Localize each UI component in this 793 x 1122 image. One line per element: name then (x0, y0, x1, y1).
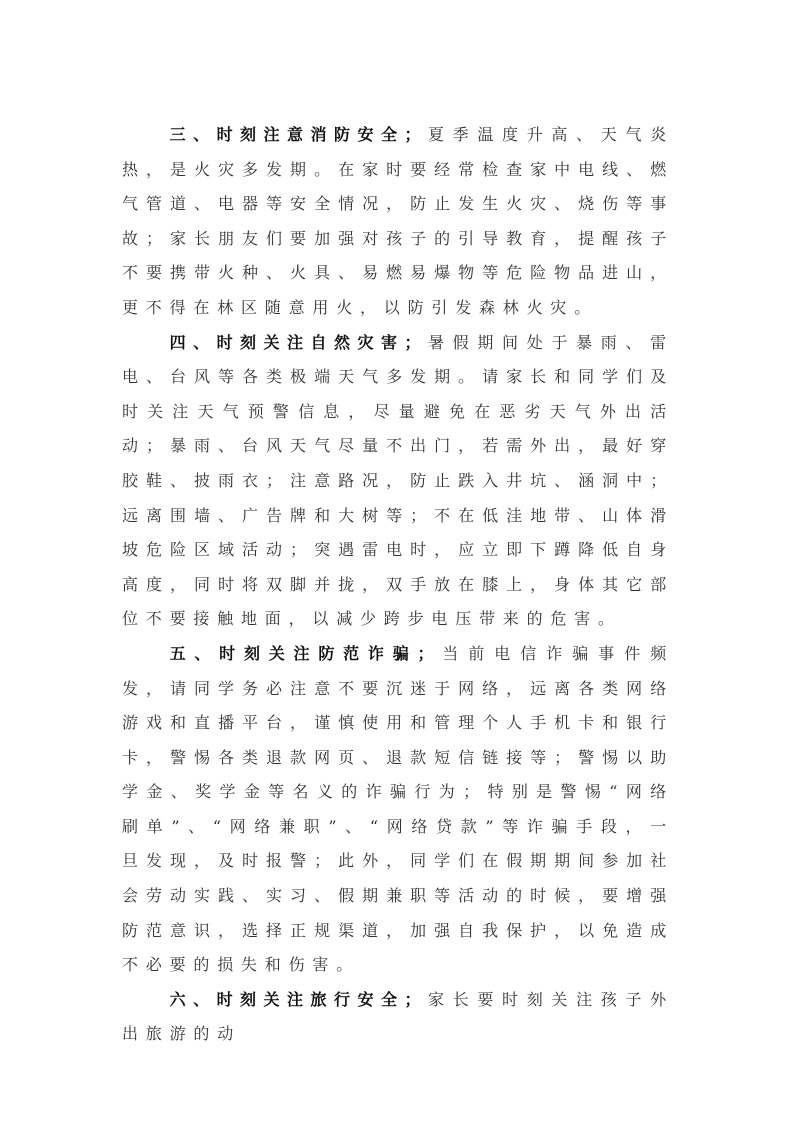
section-body: 当前电信诈骗事件频发，请同学务必注意不要沉迷于网络，远离各类网络游戏和直播平台，… (122, 644, 674, 974)
section-fraud-prevention: 五、时刻关注防范诈骗；当前电信诈骗事件频发，请同学务必注意不要沉迷于网络，远离各… (122, 637, 674, 983)
section-body: 夏季温度升高、天气炎热，是火灾多发期。在家时要经常检查家中电线、燃气管道、电器等… (122, 125, 674, 317)
section-heading: 六、时刻关注旅行安全； (170, 990, 428, 1009)
section-heading: 五、时刻关注防范诈骗； (170, 644, 441, 663)
section-travel-safety: 六、时刻关注旅行安全；家长要时刻关注孩子外出旅游的动 (122, 983, 674, 1052)
section-natural-disasters: 四、时刻关注自然灾害；暑假期间处于暴雨、雷电、台风等各类极端天气多发期。请家长和… (122, 326, 674, 637)
section-fire-safety: 三、时刻注意消防安全；夏季温度升高、天气炎热，是火灾多发期。在家时要经常检查家中… (122, 118, 674, 326)
document-page: 三、时刻注意消防安全；夏季温度升高、天气炎热，是火灾多发期。在家时要经常检查家中… (122, 118, 674, 1052)
section-body: 暑假期间处于暴雨、雷电、台风等各类极端天气多发期。请家长和同学们及时关注天气预警… (122, 333, 674, 629)
section-heading: 四、时刻关注自然灾害； (170, 333, 428, 352)
section-heading: 三、时刻注意消防安全； (170, 125, 428, 144)
